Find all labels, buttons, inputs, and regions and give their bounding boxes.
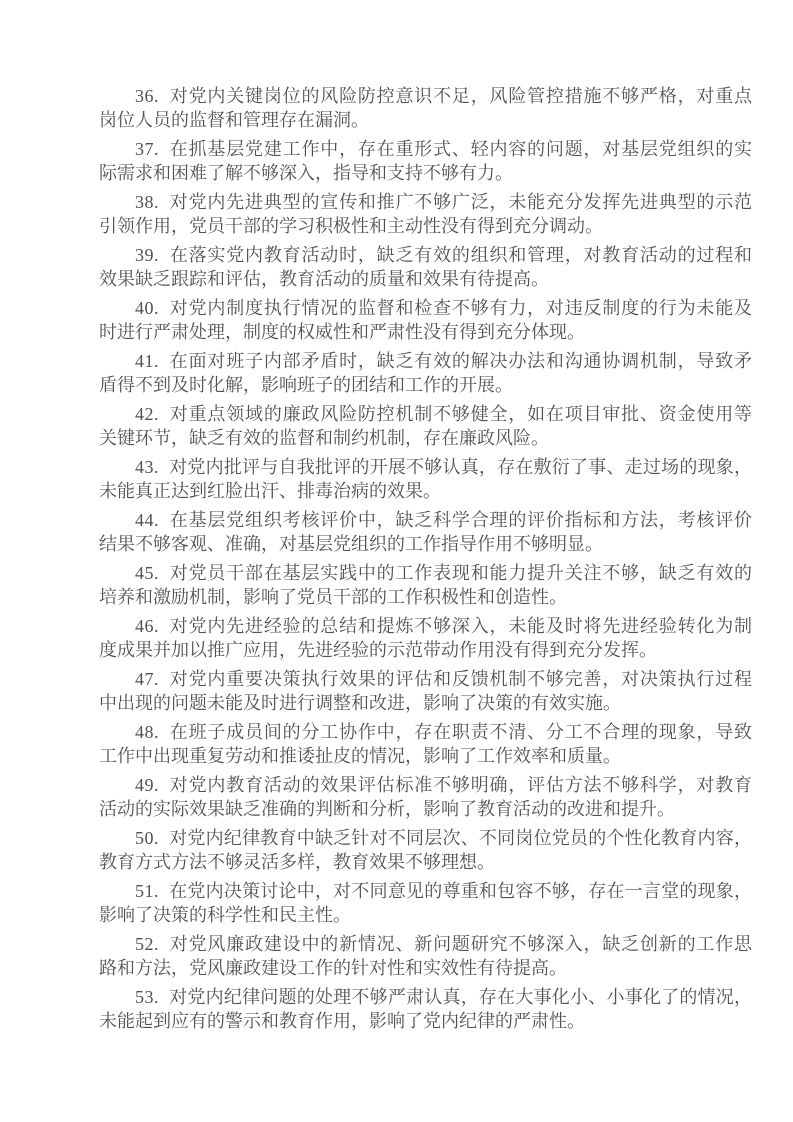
- list-item: 50.对党内纪律教育中缺乏针对不同层次、不同岗位党员的个性化教育内容， 教育方式…: [99, 826, 752, 874]
- list-item: 52.对党风廉政建设中的新情况、新问题研究不够深入，缺乏创新的工作思 路和方法，…: [99, 932, 752, 980]
- item-number: 53.: [135, 987, 159, 1007]
- item-text-line-1: 对党内纪律问题的处理不够严肃认真，存在大事化小、小事化了的情况，: [169, 987, 752, 1007]
- item-first-line: 42.对重点领域的廉政风险防控机制不够健全，如在项目审批、资金使用等: [99, 402, 752, 426]
- item-number: 48.: [135, 722, 159, 742]
- item-text-line-2: 引领作用，党员干部的学习积极性和主动性没有得到充分调动。: [99, 214, 752, 238]
- item-text-line-2: 未能起到应有的警示和教育作用，影响了党内纪律的严肃性。: [99, 1009, 752, 1033]
- item-number: 47.: [135, 669, 159, 689]
- list-item: 48.在班子成员间的分工协作中，存在职责不清、分工不合理的现象，导致 工作中出现…: [99, 720, 752, 768]
- item-text-line-1: 在班子成员间的分工协作中，存在职责不清、分工不合理的现象，导致: [169, 722, 752, 742]
- item-number: 52.: [135, 934, 159, 954]
- list-item: 37.在抓基层党建工作中，存在重形式、轻内容的问题，对基层党组织的实 际需求和困…: [99, 137, 752, 185]
- item-text-line-1: 对党内先进经验的总结和提炼不够深入，未能及时将先进经验转化为制: [169, 616, 752, 636]
- item-first-line: 53.对党内纪律问题的处理不够严肃认真，存在大事化小、小事化了的情况，: [99, 985, 752, 1009]
- item-first-line: 49.对党内教育活动的效果评估标准不够明确，评估方法不够科学，对教育: [99, 773, 752, 797]
- item-text-line-1: 对党内批评与自我批评的开展不够认真，存在敷衍了事、走过场的现象，: [169, 457, 752, 477]
- item-number: 51.: [135, 881, 159, 901]
- item-text-line-1: 在面对班子内部矛盾时，缺乏有效的解决办法和沟通协调机制，导致矛: [169, 351, 752, 371]
- item-first-line: 39.在落实党内教育活动时，缺乏有效的组织和管理，对教育活动的过程和: [99, 243, 752, 267]
- item-text-line-1: 在抓基层党建工作中，存在重形式、轻内容的问题，对基层党组织的实: [169, 139, 752, 159]
- item-first-line: 45.对党员干部在基层实践中的工作表现和能力提升关注不够，缺乏有效的: [99, 561, 752, 585]
- item-number: 37.: [135, 139, 159, 159]
- item-text-line-2: 培养和激励机制，影响了党员干部的工作积极性和创造性。: [99, 585, 752, 609]
- item-first-line: 52.对党风廉政建设中的新情况、新问题研究不够深入，缺乏创新的工作思: [99, 932, 752, 956]
- document-page: 36.对党内关键岗位的风险防控意识不足，风险管控措施不够严格，对重点 岗位人员的…: [0, 0, 793, 1122]
- list-item: 36.对党内关键岗位的风险防控意识不足，风险管控措施不够严格，对重点 岗位人员的…: [99, 84, 752, 132]
- item-text-line-1: 对党内制度执行情况的监督和检查不够有力，对违反制度的行为未能及: [169, 298, 752, 318]
- item-text-line-2: 中出现的问题未能及时进行调整和改进，影响了决策的有效实施。: [99, 691, 752, 715]
- item-number: 40.: [135, 298, 159, 318]
- item-first-line: 44.在基层党组织考核评价中，缺乏科学合理的评价指标和方法，考核评价: [99, 508, 752, 532]
- list-item: 41.在面对班子内部矛盾时，缺乏有效的解决办法和沟通协调机制，导致矛 盾得不到及…: [99, 349, 752, 397]
- item-text-line-2: 关键环节，缺乏有效的监督和制约机制，存在廉政风险。: [99, 426, 752, 450]
- item-text-line-2: 影响了决策的科学性和民主性。: [99, 903, 752, 927]
- item-first-line: 47.对党内重要决策执行效果的评估和反馈机制不够完善，对决策执行过程: [99, 667, 752, 691]
- list-item: 51.在党内决策讨论中，对不同意见的尊重和包容不够，存在一言堂的现象， 影响了决…: [99, 879, 752, 927]
- item-text-line-2: 度成果并加以推广应用，先进经验的示范带动作用没有得到充分发挥。: [99, 638, 752, 662]
- list-item: 47.对党内重要决策执行效果的评估和反馈机制不够完善，对决策执行过程 中出现的问…: [99, 667, 752, 715]
- item-first-line: 43.对党内批评与自我批评的开展不够认真，存在敷衍了事、走过场的现象，: [99, 455, 752, 479]
- item-first-line: 50.对党内纪律教育中缺乏针对不同层次、不同岗位党员的个性化教育内容，: [99, 826, 752, 850]
- item-text-line-2: 时进行严肃处理，制度的权威性和严肃性没有得到充分体现。: [99, 320, 752, 344]
- item-first-line: 36.对党内关键岗位的风险防控意识不足，风险管控措施不够严格，对重点: [99, 84, 752, 108]
- list-item: 49.对党内教育活动的效果评估标准不够明确，评估方法不够科学，对教育 活动的实际…: [99, 773, 752, 821]
- document-body: 36.对党内关键岗位的风险防控意识不足，风险管控措施不够严格，对重点 岗位人员的…: [99, 84, 752, 1033]
- list-item: 39.在落实党内教育活动时，缺乏有效的组织和管理，对教育活动的过程和 效果缺乏跟…: [99, 243, 752, 291]
- item-number: 45.: [135, 563, 159, 583]
- item-number: 42.: [135, 404, 159, 424]
- item-text-line-1: 对党内先进典型的宣传和推广不够广泛，未能充分发挥先进典型的示范: [169, 192, 752, 212]
- item-text-line-1: 在党内决策讨论中，对不同意见的尊重和包容不够，存在一言堂的现象，: [169, 881, 752, 901]
- item-first-line: 51.在党内决策讨论中，对不同意见的尊重和包容不够，存在一言堂的现象，: [99, 879, 752, 903]
- list-item: 38.对党内先进典型的宣传和推广不够广泛，未能充分发挥先进典型的示范 引领作用，…: [99, 190, 752, 238]
- item-first-line: 37.在抓基层党建工作中，存在重形式、轻内容的问题，对基层党组织的实: [99, 137, 752, 161]
- item-first-line: 41.在面对班子内部矛盾时，缺乏有效的解决办法和沟通协调机制，导致矛: [99, 349, 752, 373]
- item-number: 44.: [135, 510, 159, 530]
- item-text-line-2: 未能真正达到红脸出汗、排毒治病的效果。: [99, 479, 752, 503]
- item-number: 46.: [135, 616, 159, 636]
- item-number: 38.: [135, 192, 159, 212]
- list-item: 46.对党内先进经验的总结和提炼不够深入，未能及时将先进经验转化为制 度成果并加…: [99, 614, 752, 662]
- item-text-line-1: 在基层党组织考核评价中，缺乏科学合理的评价指标和方法，考核评价: [169, 510, 752, 530]
- item-text-line-1: 对重点领域的廉政风险防控机制不够健全，如在项目审批、资金使用等: [169, 404, 752, 424]
- item-text-line-1: 对党内教育活动的效果评估标准不够明确，评估方法不够科学，对教育: [169, 775, 752, 795]
- item-number: 50.: [135, 828, 159, 848]
- list-item: 44.在基层党组织考核评价中，缺乏科学合理的评价指标和方法，考核评价 结果不够客…: [99, 508, 752, 556]
- item-first-line: 38.对党内先进典型的宣传和推广不够广泛，未能充分发挥先进典型的示范: [99, 190, 752, 214]
- item-text-line-2: 路和方法，党风廉政建设工作的针对性和实效性有待提高。: [99, 956, 752, 980]
- list-item: 53.对党内纪律问题的处理不够严肃认真，存在大事化小、小事化了的情况， 未能起到…: [99, 985, 752, 1033]
- item-first-line: 48.在班子成员间的分工协作中，存在职责不清、分工不合理的现象，导致: [99, 720, 752, 744]
- item-text-line-1: 对党内纪律教育中缺乏针对不同层次、不同岗位党员的个性化教育内容，: [169, 828, 752, 848]
- item-number: 39.: [135, 245, 159, 265]
- item-number: 36.: [135, 86, 159, 106]
- list-item: 42.对重点领域的廉政风险防控机制不够健全，如在项目审批、资金使用等 关键环节，…: [99, 402, 752, 450]
- item-text-line-1: 对党内重要决策执行效果的评估和反馈机制不够完善，对决策执行过程: [169, 669, 752, 689]
- list-item: 40.对党内制度执行情况的监督和检查不够有力，对违反制度的行为未能及 时进行严肃…: [99, 296, 752, 344]
- item-text-line-2: 活动的实际效果缺乏准确的判断和分析，影响了教育活动的改进和提升。: [99, 797, 752, 821]
- item-text-line-2: 岗位人员的监督和管理存在漏洞。: [99, 108, 752, 132]
- item-first-line: 40.对党内制度执行情况的监督和检查不够有力，对违反制度的行为未能及: [99, 296, 752, 320]
- item-text-line-2: 结果不够客观、准确，对基层党组织的工作指导作用不够明显。: [99, 532, 752, 556]
- item-number: 49.: [135, 775, 159, 795]
- item-text-line-1: 对党内关键岗位的风险防控意识不足，风险管控措施不够严格，对重点: [169, 86, 752, 106]
- item-text-line-1: 对党风廉政建设中的新情况、新问题研究不够深入，缺乏创新的工作思: [169, 934, 752, 954]
- item-text-line-2: 教育方式方法不够灵活多样，教育效果不够理想。: [99, 850, 752, 874]
- item-text-line-2: 工作中出现重复劳动和推诿扯皮的情况，影响了工作效率和质量。: [99, 744, 752, 768]
- item-number: 41.: [135, 351, 159, 371]
- item-text-line-2: 效果缺乏跟踪和评估，教育活动的质量和效果有待提高。: [99, 267, 752, 291]
- item-text-line-2: 际需求和困难了解不够深入，指导和支持不够有力。: [99, 161, 752, 185]
- item-number: 43.: [135, 457, 159, 477]
- item-text-line-2: 盾得不到及时化解，影响班子的团结和工作的开展。: [99, 373, 752, 397]
- item-text-line-1: 在落实党内教育活动时，缺乏有效的组织和管理，对教育活动的过程和: [169, 245, 752, 265]
- list-item: 43.对党内批评与自我批评的开展不够认真，存在敷衍了事、走过场的现象， 未能真正…: [99, 455, 752, 503]
- list-item: 45.对党员干部在基层实践中的工作表现和能力提升关注不够，缺乏有效的 培养和激励…: [99, 561, 752, 609]
- item-first-line: 46.对党内先进经验的总结和提炼不够深入，未能及时将先进经验转化为制: [99, 614, 752, 638]
- item-text-line-1: 对党员干部在基层实践中的工作表现和能力提升关注不够，缺乏有效的: [169, 563, 752, 583]
